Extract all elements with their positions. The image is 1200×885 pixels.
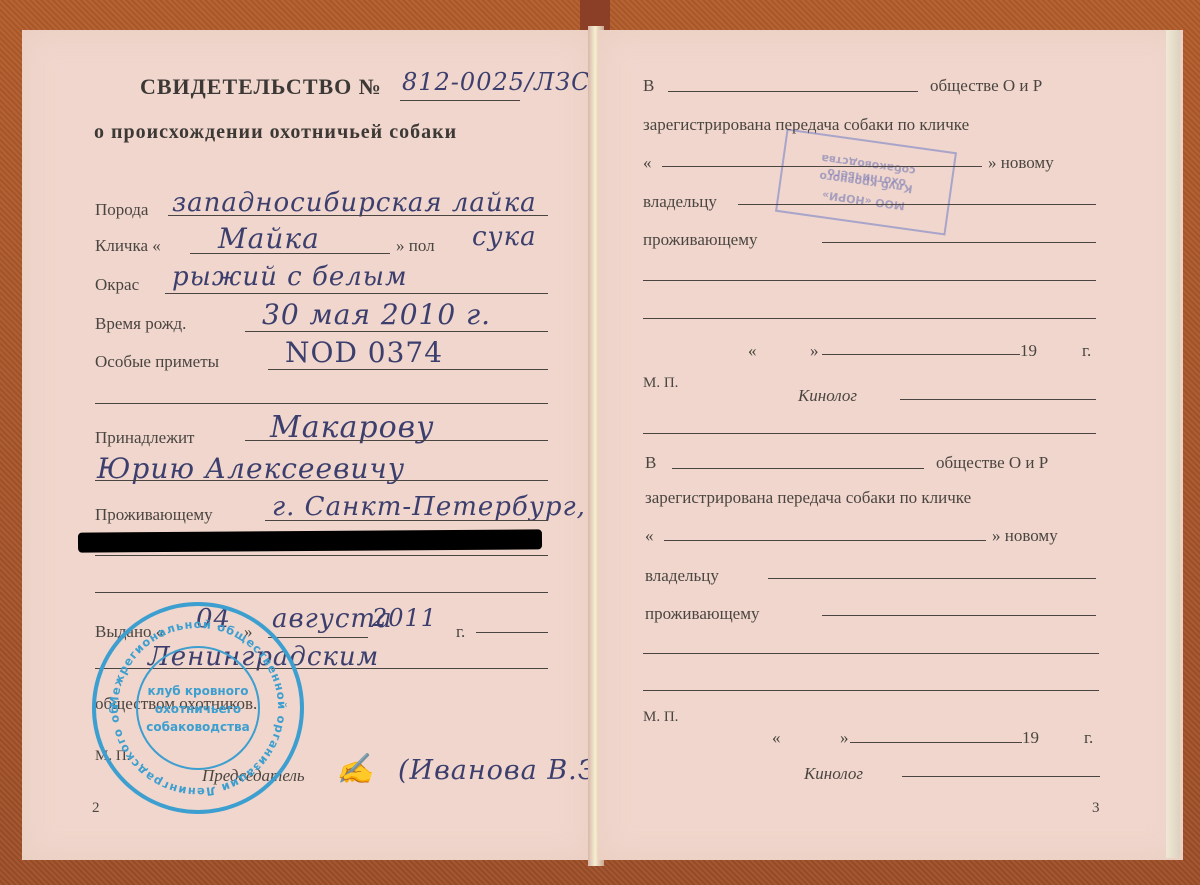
address-value: г. Санкт-Петербург,: [272, 492, 586, 522]
address-line-3: [95, 592, 548, 593]
chairman-signature: ✍: [336, 752, 374, 787]
owner-line: [738, 204, 1096, 205]
seal-line-2: охотничьего: [96, 702, 300, 716]
date-open: «: [772, 728, 781, 748]
registered-label: зарегистрирована передача собаки по клич…: [643, 115, 969, 135]
cynologist-label: Кинолог: [804, 764, 863, 784]
blank-line: [95, 403, 548, 404]
address-line-2: [643, 653, 1099, 654]
mp-label: М. П.: [643, 375, 678, 392]
separator-line: [643, 433, 1096, 434]
address-line-2: [643, 280, 1096, 281]
owner-label: Принадлежит: [95, 428, 194, 448]
issued-year-suffix: г.: [456, 622, 465, 642]
society-label: обществе О и Р: [930, 76, 1042, 96]
date-close: »: [840, 728, 849, 748]
address-label: проживающему: [645, 604, 759, 624]
page-number-right: 3: [1092, 800, 1100, 817]
address-line-3: [643, 318, 1096, 319]
owner-label: владельцу: [643, 192, 717, 212]
name-value: Майка: [218, 222, 320, 255]
address-line-3: [643, 690, 1099, 691]
owner-line: [768, 578, 1096, 579]
round-seal: Межрегиональной общественной организации…: [92, 602, 304, 814]
cynologist-line: [900, 399, 1096, 400]
redaction-bar: [78, 529, 542, 552]
dog-name-line: [662, 166, 982, 167]
certificate-number: 812-0025/ЛЗС: [402, 68, 590, 96]
society-label: обществе О и Р: [936, 453, 1048, 473]
marks-line: [268, 369, 548, 370]
society-line: [672, 468, 924, 469]
mp-label: М. П.: [643, 709, 678, 726]
issued-year: 2011: [372, 604, 437, 632]
marks-label: Особые приметы: [95, 352, 219, 372]
address-label: Проживающему: [95, 505, 213, 525]
name-line: [190, 253, 390, 254]
page-edge: [1166, 30, 1180, 858]
sex-value: сука: [472, 222, 537, 252]
birth-label: Время рожд.: [95, 314, 186, 334]
marks-value: NOD 0374: [285, 336, 443, 369]
owner-label: владельцу: [645, 566, 719, 586]
address-line: [265, 520, 548, 521]
date-open: «: [748, 341, 757, 361]
birth-value: 30 мая 2010 г.: [262, 298, 491, 331]
year-prefix: 19: [1022, 728, 1039, 748]
page-number-left: 2: [92, 800, 100, 817]
quote-open: «: [643, 153, 652, 173]
date-line: [822, 354, 1020, 355]
address-line: [822, 242, 1096, 243]
registered-label: зарегистрирована передача собаки по клич…: [645, 488, 971, 508]
year-suffix: г.: [1082, 341, 1091, 361]
year-suffix: г.: [1084, 728, 1093, 748]
seal-line-1: клуб кровного: [96, 684, 300, 698]
name-label: Кличка «: [95, 236, 161, 256]
cynologist-label: Кинолог: [798, 386, 857, 406]
quote-open: «: [645, 526, 654, 546]
color-label: Окрас: [95, 275, 139, 295]
cynologist-line: [902, 776, 1100, 777]
issued-line: [476, 632, 548, 633]
certificate-subtitle: о происхождении охотничьей собаки: [94, 121, 457, 144]
owner-line-2: [95, 480, 548, 481]
color-line: [165, 293, 548, 294]
owner-line: [245, 440, 548, 441]
breed-line: [168, 215, 548, 216]
address-line: [822, 615, 1096, 616]
certificate-title: СВИДЕТЕЛЬСТВО №: [140, 74, 382, 100]
sex-label: » пол: [396, 236, 435, 256]
dog-name-line: [664, 540, 986, 541]
breed-value: западносибирская лайка: [172, 188, 537, 218]
in-label: В: [645, 453, 656, 473]
address-line-2: [95, 555, 548, 556]
year-prefix: 19: [1020, 341, 1037, 361]
birth-line: [245, 331, 548, 332]
seal-line-3: собаководства: [96, 720, 300, 734]
date-line: [850, 742, 1022, 743]
new-owner-label: » новому: [992, 526, 1058, 546]
in-label: В: [643, 76, 654, 96]
color-value: рыжий с белым: [172, 262, 408, 292]
society-line: [668, 91, 918, 92]
date-close: »: [810, 341, 819, 361]
certificate-number-line: [400, 100, 520, 101]
address-label: проживающему: [643, 230, 757, 250]
breed-label: Порода: [95, 200, 148, 220]
new-owner-label: » новому: [988, 153, 1054, 173]
